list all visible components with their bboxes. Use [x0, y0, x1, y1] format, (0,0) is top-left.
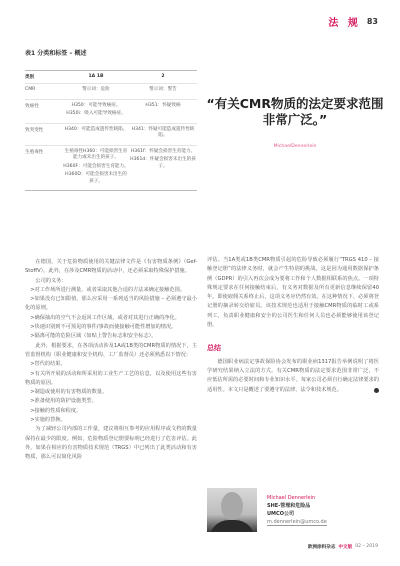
table-header-cell: 类别 [25, 74, 63, 80]
author-email-link[interactable]: m.dennerlein@umco.de [267, 519, 327, 526]
section-title: 法 规 [328, 14, 360, 29]
table-cell: 警示词：警告 [129, 87, 197, 94]
paragraph: 此外，根据要求，在各项活动涉及1A或1B类的CMR物质的情况下，主管监督机构（职… [25, 342, 197, 361]
table-cell: H350i：吸入可能导致癌症。 [63, 111, 129, 118]
row-label: 生殖毒性 [25, 149, 63, 188]
author-role: SHE-管理和危险品 [267, 502, 327, 510]
table-header-row: 类别 1A 1B 2 [25, 71, 197, 84]
table-cell: H360F：可能会损害生育能力。 [63, 164, 129, 171]
bullet-item: >接触的性质和程度。 [25, 407, 197, 416]
classification-table: 类别 1A 1B 2 CMR 警示词：危险 警示词：警告 致癌性 H350：可能… [25, 70, 197, 191]
author-name: Michael Dennerlein [267, 494, 327, 502]
paragraph: 在德国，关于危险物质使用的关键法律文件是《有害物质条例》（Gef-StoffV）… [25, 258, 197, 277]
table-cell: H351：怀疑致癌 [129, 103, 197, 110]
paragraph: 为了减轻公司内部的工作量，建议将相互参考的应用程序或文档的数量保持在最少的限度。… [25, 425, 197, 462]
issue-number: 02 – 2019 [355, 544, 378, 550]
table-cell: H360D：可能会损害未出生的孩子。 [63, 172, 129, 185]
author-bio: Michael Dennerlein SHE-管理和危险品 UMCO公司 m.d… [267, 488, 327, 532]
summary-text: 德国职业病法定事故保险协会发布的职业病1317报告举例说明了将医学研究结果纳入立… [207, 359, 379, 393]
magazine-name: 欧洲涂料杂志 [308, 544, 336, 550]
table-header-cell: 1A 1B [63, 74, 129, 80]
author-photo [207, 488, 257, 532]
paragraph: 公司的义务： [25, 277, 197, 286]
bullet-item: >制造或使用的有害物质的数量。 [25, 388, 197, 397]
pull-quote: “有关CMR物质的法定要求范围非常广泛。” [205, 96, 385, 128]
summary-heading: 总结 [207, 344, 379, 353]
body-column-left: 在德国，关于危险物质使用的关键法律文件是《有害物质条例》（Gef-StoffV）… [25, 258, 197, 463]
table-cell: H361f：怀疑会损害生育能力。 [129, 149, 197, 156]
table-row: 生殖毒性 生殖毒性H360：可能损害生育能力或未出生的孩子。 H360F：可能会… [25, 146, 197, 192]
page-footer: 欧洲涂料杂志 中文版 02 – 2019 [308, 544, 378, 550]
table-cell: H350：可能导致癌症。 [63, 103, 129, 110]
bullet-item: >有关所开展的活动和所采用的工业生产工艺的信息，以及使用这些有害物质的原因。 [25, 370, 197, 389]
table-header-cell: 2 [129, 74, 197, 80]
paragraph: 评估。当1A类或1B类CMR物质引起的危险导致必须履行“TRGS 410 – 接… [207, 256, 379, 330]
author-box: Michael Dennerlein SHE-管理和危险品 UMCO公司 m.d… [207, 488, 327, 532]
bullet-item: >如果没有已知限值，那么应采用一系列适当的风险措施 – 必须遵守最小化的原则。 [25, 295, 197, 314]
body-column-right: 评估。当1A类或1B类CMR物质引起的危险导致必须履行“TRGS 410 – 接… [207, 256, 379, 395]
row-label: CMR [25, 87, 63, 96]
bullet-item: >准备使用的防护设施类型。 [25, 397, 197, 406]
table-cell: H341：怀疑可能造成遗传性缺陷。 [129, 127, 197, 140]
table-title: 表1 分类和标签 – 概述 [25, 48, 86, 57]
bullet-item: >对工作场所进行测量，或者采取其他合适的方法来确定接触范围。 [25, 286, 197, 295]
page-number: 83 [367, 17, 378, 26]
table-cell: 警示词：危险 [63, 87, 129, 94]
author-company: UMCO公司 [267, 510, 327, 518]
bullet-item: >确保抽出的空气不会返回工作区域，或者对其进行正确的净化。 [25, 314, 197, 323]
table-cell: 生殖毒性H360：可能损害生育能力或未出生的孩子。 [63, 149, 129, 162]
page-header: 法 规 83 [328, 14, 378, 29]
row-label: 致突变性 [25, 127, 63, 142]
article-end-icon [374, 388, 379, 393]
bullet-item: >实施的替换。 [25, 416, 197, 425]
pull-quote-author: MichaelDennerlein [205, 144, 385, 149]
table-cell: H340：可能造成遗传性缺陷。 [63, 127, 129, 134]
table-row: CMR 警示词：危险 警示词：警告 [25, 84, 197, 100]
table-cell: H361d：怀疑会损害未出生的孩子。 [129, 157, 197, 170]
table-row: 致癌性 H350：可能导致癌症。 H350i：吸入可能导致癌症。 H351：怀疑… [25, 100, 197, 124]
table-row: 致突变性 H340：可能造成遗传性缺陷。 H341：怀疑可能造成遗传性缺陷。 [25, 124, 197, 146]
edition-label: 中文版 [338, 544, 352, 550]
row-label: 致癌性 [25, 103, 63, 120]
bullet-item: >替代的结果。 [25, 360, 197, 369]
bullet-item: >快速识别到不可预见的事件/事故而使接触可能性增加的情况。 [25, 323, 197, 332]
bullet-item: >隔离可能的危险区域（如贴上警告标志和安全标志）。 [25, 332, 197, 341]
